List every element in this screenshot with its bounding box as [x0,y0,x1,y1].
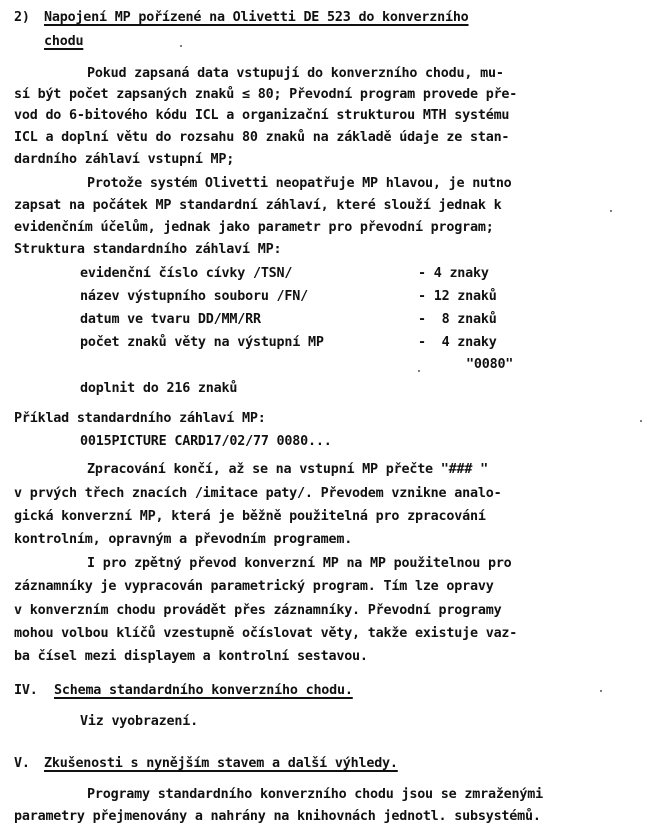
para1-line: ICL a doplní větu do rozsahu 80 znaků na… [14,130,509,145]
para2-line: zapsat na počátek MP standardní záhlaví,… [14,198,501,213]
para3-line: v prvých třech znacích /imitace paty/. P… [14,486,501,501]
para3-line: Zpracování končí, až se na vstupní MP př… [87,462,488,477]
para4-line: záznamníky je vypracován parametrický pr… [14,579,494,594]
para3-line: gická konverzní MP, která je běžně použi… [14,509,486,524]
example-label: Příklad standardního záhlaví MP: [14,411,266,426]
structure-label: název výstupního souboru /FN/ [80,289,308,304]
scan-speck [610,210,612,212]
structure-label: evidenční číslo cívky /TSN/ [80,266,292,281]
para1-line: Pokud zapsaná data vstupují do konverzní… [87,66,504,81]
section-4-heading: Schema standardního konverzního chodu. [54,683,353,698]
para3-line: kontrolním, opravným a převodním program… [14,532,352,547]
section-5-number: V. [14,756,30,771]
scan-speck [640,420,642,422]
scan-speck [180,45,182,47]
structure-value: - 4 znaky [418,266,489,281]
section-5-body-line: parametry přejmenovány a nahrány na knih… [14,809,541,824]
para4-line: v konverzním chodu provádět přes záznamn… [14,603,501,618]
scan-speck [418,370,420,372]
structure-label: počet znaků věty na výstupní MP [80,335,324,350]
structure-value: - 8 znaků [418,312,497,327]
section-2-heading-line2: chodu [44,34,83,49]
structure-value: - 12 znaků [418,289,497,304]
para1-line: dardního záhlaví vstupní MP; [14,152,234,167]
para4-line: mohou volbou klíčů vzestupně očíslovat v… [14,626,517,641]
para1-line: vod do 6-bitového kódu ICL a organizační… [14,108,509,123]
para4-line: ba čísel mezi displayem a kontrolní sest… [14,649,368,664]
example-value: 0015PICTURE CARD17/02/77 0080... [80,434,332,449]
para2-line: Struktura standardního záhlaví MP: [14,242,281,257]
fill-note: doplnit do 216 znaků [80,381,237,396]
para2-line: evidenčním účelům, jednak jako parametr … [14,220,494,235]
typewritten-page: 2) Napojení MP pořízené na Olivetti DE 5… [0,0,648,838]
section-2-heading-line1: Napojení MP pořízené na Olivetti DE 523 … [44,10,469,25]
section-4-number: IV. [14,683,38,698]
section-4-body: Viz vyobrazení. [80,714,198,729]
structure-value: - 4 znaky [418,335,497,350]
scan-speck [600,690,602,692]
para2-line: Protože systém Olivetti neopatřuje MP hl… [87,176,512,191]
para4-line: I pro zpětný převod konverzní MP na MP p… [87,556,512,571]
structure-label: datum ve tvaru DD/MM/RR [80,312,261,327]
para1-line: sí být počet zapsaných znaků ≤ 80; Převo… [14,87,517,102]
section-5-body-line: Programy standardního konverzního chodu … [87,787,543,802]
section-5-heading: Zkušenosti s nynějším stavem a další výh… [44,756,398,771]
structure-note: "0080" [466,357,513,372]
section-2-number: 2) [14,10,30,25]
